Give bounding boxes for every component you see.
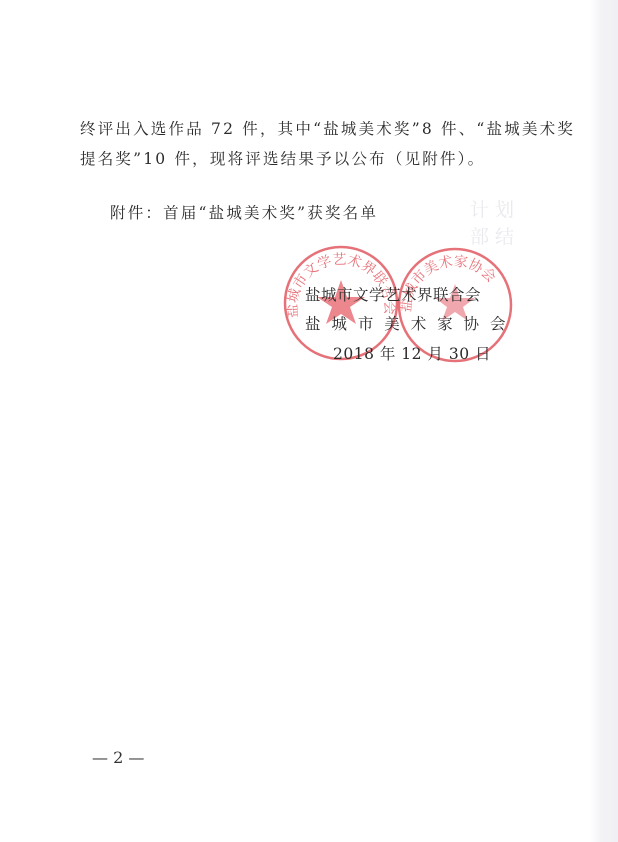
document-date: 2018 年 12 月 30 日 (333, 342, 491, 364)
signature-federation: 盐城市文学艺术界联合会 (305, 283, 481, 305)
bleed-through-text: 部结 (470, 222, 520, 249)
body-line-1: 终评出入选作品 72 件，其中“盐城美术奖”8 件、“盐城美术奖 (80, 117, 575, 139)
signature-artists-association: 盐 城 市 美 术 家 协 会 (305, 312, 509, 334)
body-line-2: 提名奖”10 件，现将评选结果予以公布（见附件）。 (80, 147, 485, 169)
bleed-through-text: 计划 (470, 195, 520, 222)
page-number: — 2 — (92, 748, 144, 767)
attachment-line: 附件：首届“盐城美术奖”获奖名单 (110, 201, 378, 223)
scan-edge-shadow (590, 0, 618, 842)
